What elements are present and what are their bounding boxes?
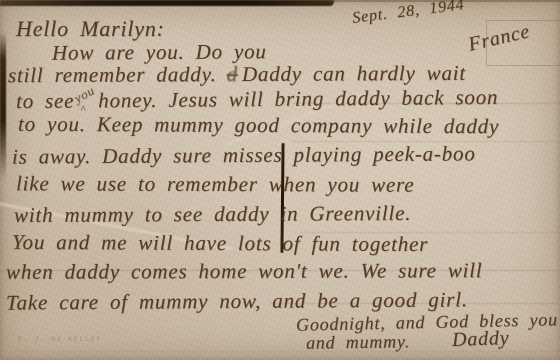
line-text: still remember daddy.	[8, 62, 217, 87]
letter-line: with mummy to see daddy in Greenville.	[14, 201, 411, 228]
letter-line: when daddy comes home won't we. We sure …	[6, 258, 483, 285]
letter-line: still remember daddy.dDaddy can hardly w…	[8, 61, 472, 88]
letter-date: Sept. 28, 1944	[351, 0, 465, 28]
letter-line: like we use to remember when you were	[16, 171, 414, 197]
letter-line: to seeyou^honey. Jesus will bring daddy …	[16, 85, 504, 114]
salutation: Hello Marilyn:	[16, 16, 165, 42]
line-text: to see	[16, 89, 74, 114]
letter-line: You and me will have lots of fun togethe…	[12, 230, 428, 257]
line-text: Daddy can hardly wait	[242, 61, 466, 86]
closing-line: and mummy.	[306, 331, 410, 353]
scan-edge-left	[0, 32, 6, 180]
scribbled-out-letter: d	[227, 62, 238, 86]
letter-line: is away. Daddy sure misses playing peek-…	[12, 141, 476, 169]
postcard-scan: Sept. 28, 1944 France Hello Marilyn: How…	[0, 0, 560, 360]
signature: Daddy	[452, 327, 510, 352]
letter-line: to you. Keep mummy good company while da…	[18, 112, 499, 140]
letter-line: Take care of mummy now, and be a good gi…	[6, 287, 468, 315]
scan-edge-top	[0, 0, 334, 6]
line-text: honey. Jesus will bring daddy back soon	[98, 85, 498, 112]
printer-imprint: E. J. DR-KELLEY	[18, 336, 102, 343]
